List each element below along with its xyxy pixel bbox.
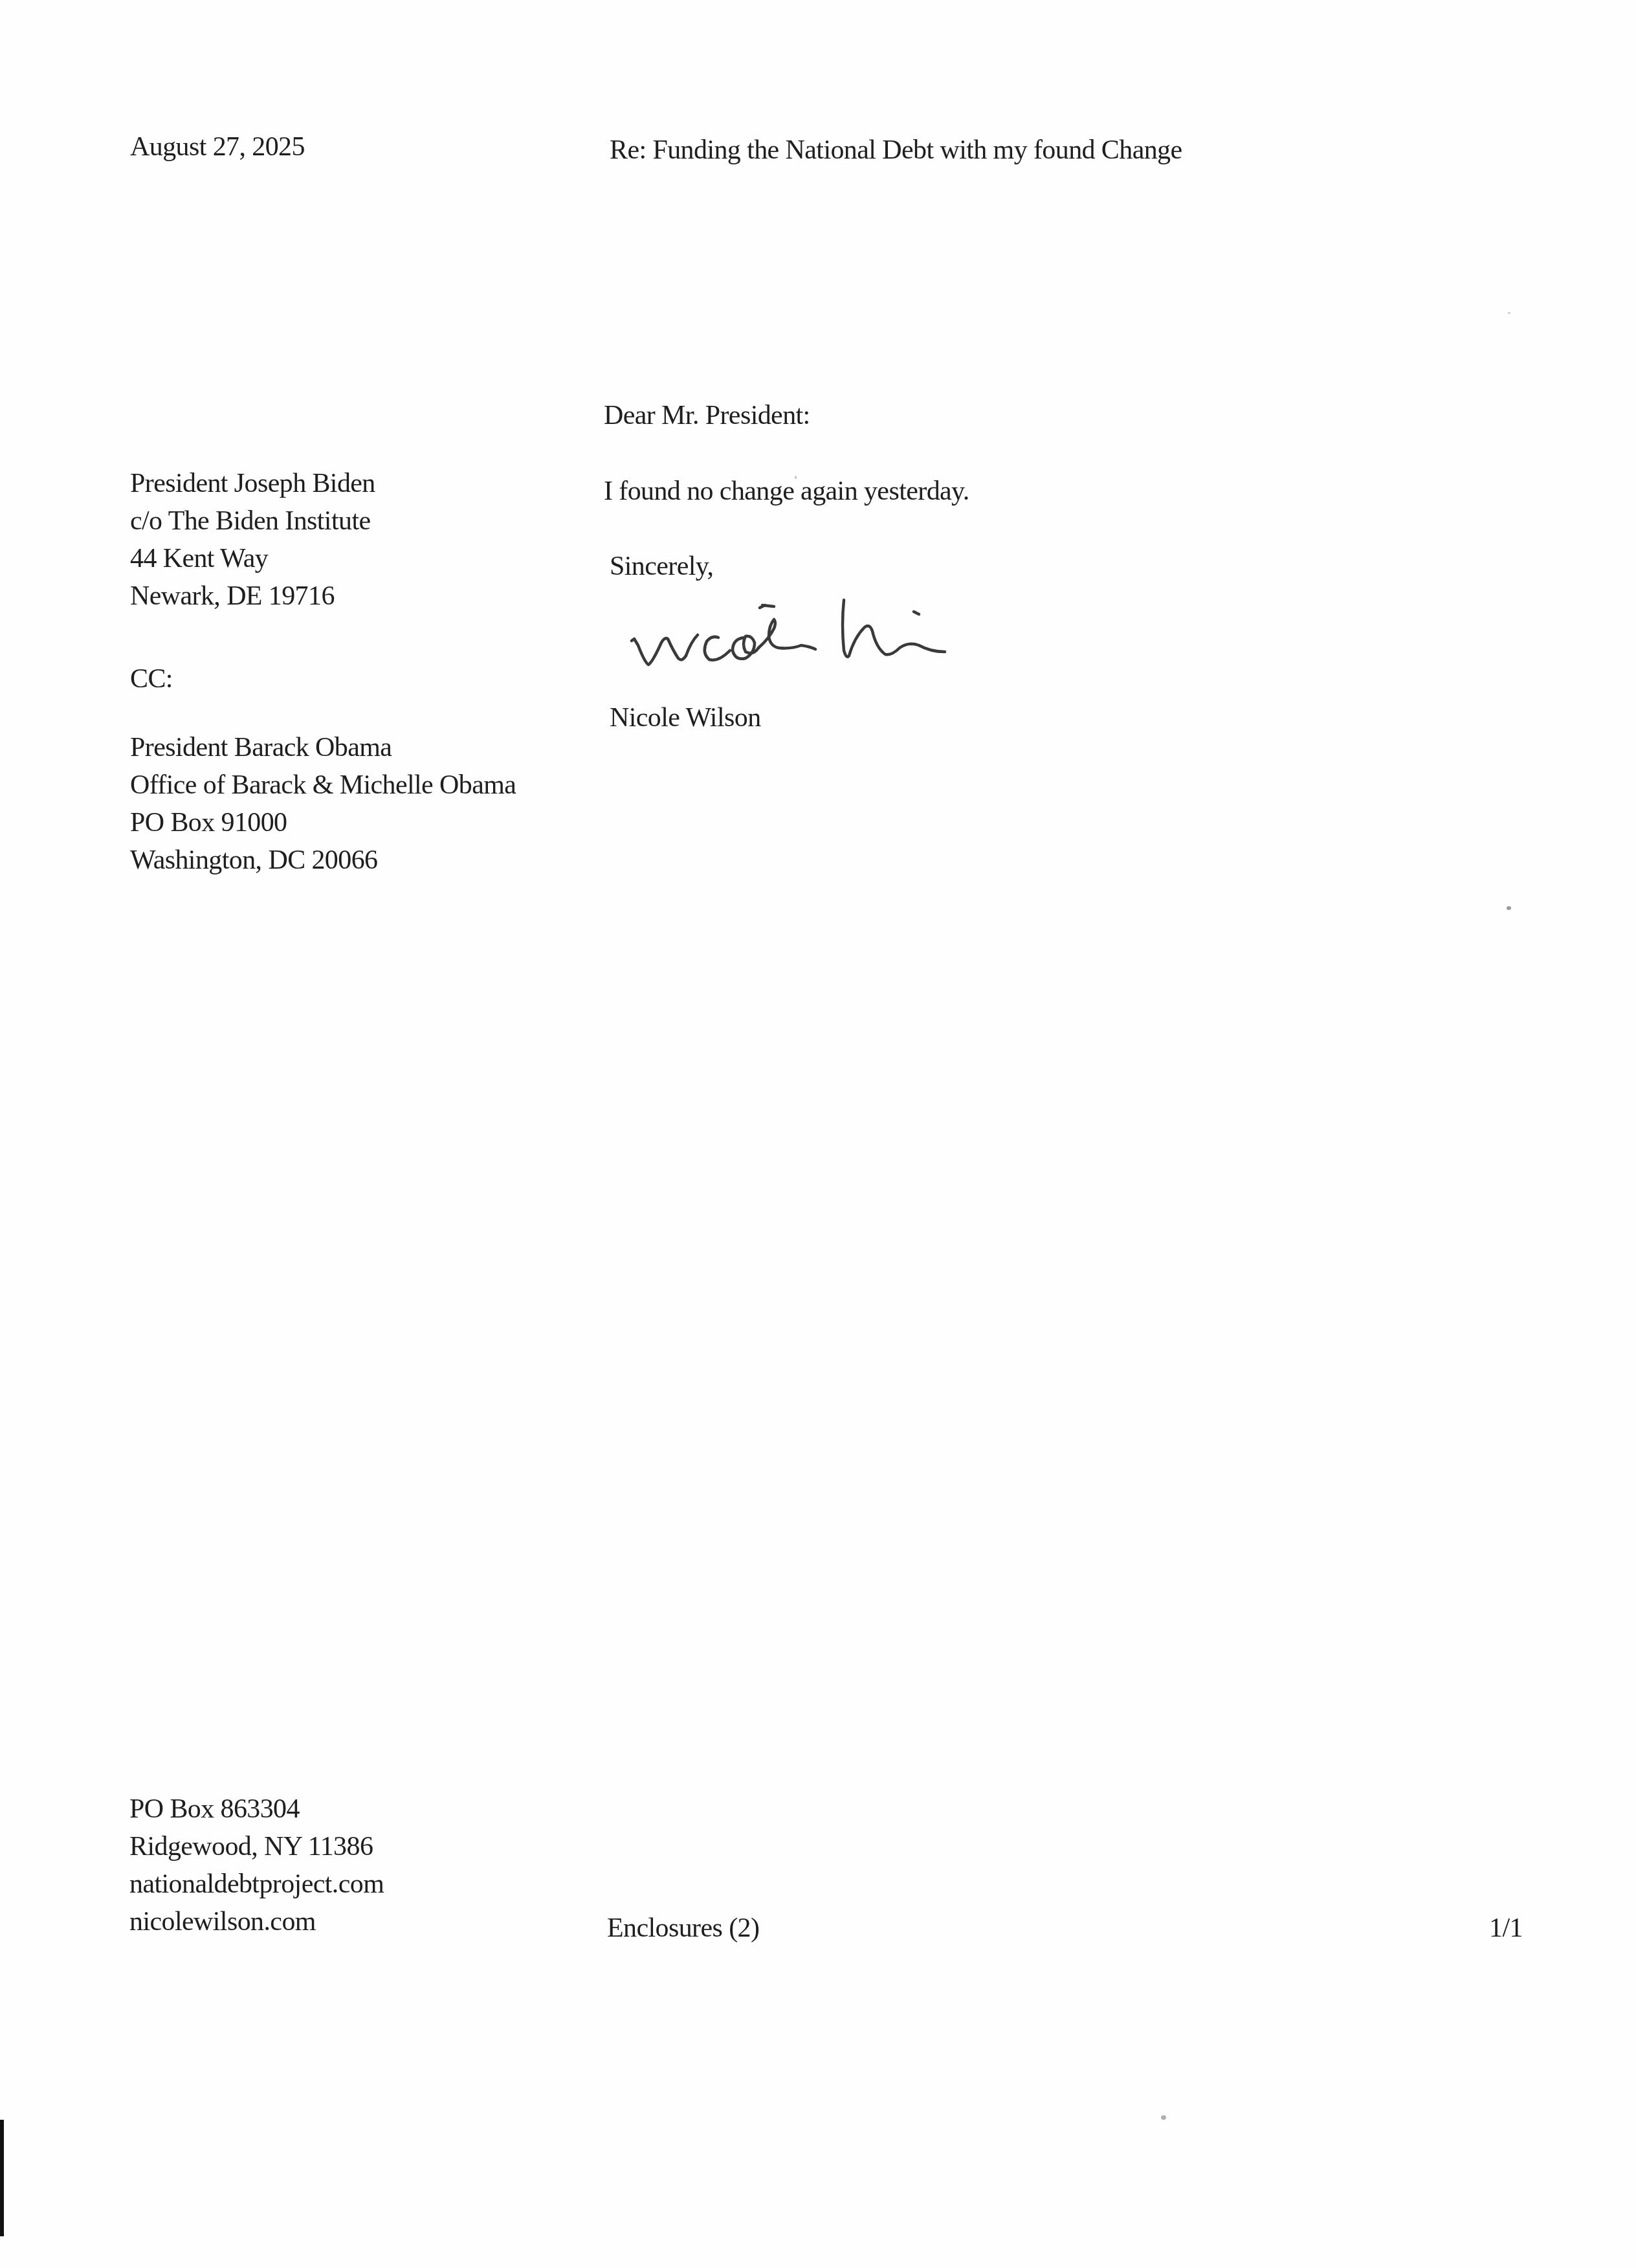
subject-line: Re: Funding the National Debt with my fo… bbox=[610, 137, 1182, 164]
recipient-line: 44 Kent Way bbox=[130, 540, 375, 577]
recipient-address: President Joseph Biden c/o The Biden Ins… bbox=[130, 465, 375, 615]
page-number: 1/1 bbox=[1489, 1915, 1523, 1942]
cc-line: Washington, DC 20066 bbox=[130, 841, 516, 879]
scan-speck bbox=[1508, 312, 1510, 314]
sender-line: PO Box 863304 bbox=[129, 1790, 384, 1828]
sender-line: Ridgewood, NY 11386 bbox=[129, 1828, 384, 1865]
cc-address: President Barack Obama Office of Barack … bbox=[130, 729, 516, 879]
letter-body: I found no change again yesterday. bbox=[604, 478, 969, 505]
letter-page: August 27, 2025 Re: Funding the National… bbox=[0, 0, 1636, 2268]
letter-date: August 27, 2025 bbox=[130, 133, 305, 161]
scan-edge-mark bbox=[0, 2120, 4, 2236]
cc-label: CC: bbox=[130, 665, 173, 693]
cc-line: Office of Barack & Michelle Obama bbox=[130, 766, 516, 804]
recipient-line: President Joseph Biden bbox=[130, 465, 375, 502]
closing: Sincerely, bbox=[610, 553, 713, 580]
scan-speck bbox=[1507, 906, 1511, 910]
recipient-line: Newark, DE 19716 bbox=[130, 577, 375, 615]
salutation: Dear Mr. President: bbox=[604, 402, 810, 429]
enclosures-note: Enclosures (2) bbox=[607, 1915, 759, 1942]
handwritten-signature-icon bbox=[621, 586, 958, 683]
signer-name: Nicole Wilson bbox=[610, 704, 761, 731]
scan-speck bbox=[795, 476, 797, 479]
scan-speck bbox=[1161, 2115, 1166, 2120]
sender-website: nationaldebtproject.com bbox=[129, 1865, 384, 1903]
cc-line: PO Box 91000 bbox=[130, 804, 516, 841]
sender-website: nicolewilson.com bbox=[129, 1903, 384, 1940]
cc-line: President Barack Obama bbox=[130, 729, 516, 766]
recipient-line: c/o The Biden Institute bbox=[130, 502, 375, 540]
sender-address: PO Box 863304 Ridgewood, NY 11386 nation… bbox=[129, 1790, 384, 1940]
